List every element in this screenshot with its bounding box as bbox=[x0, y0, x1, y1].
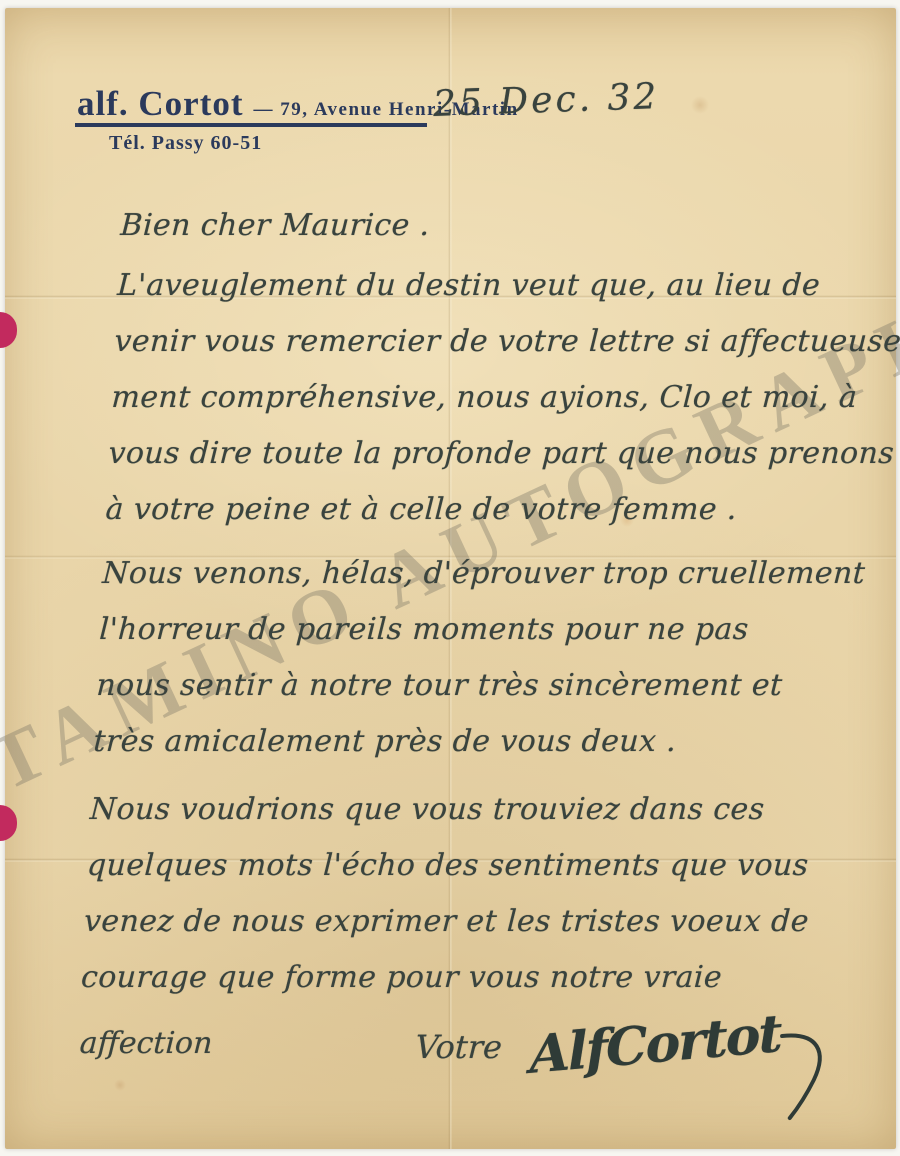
body-line: L'aveuglement du destin veut que, au lie… bbox=[115, 268, 891, 324]
valediction-word: Votre bbox=[415, 1028, 504, 1066]
closing-row: affection Votre AlfCortot bbox=[73, 1022, 852, 1142]
body-line: ment compréhensive, nous ayions, Clo et … bbox=[110, 380, 886, 436]
body-line: quelques mots l'écho des sentiments que … bbox=[85, 848, 861, 904]
archive-mark-upper bbox=[0, 312, 17, 348]
letterhead-underline bbox=[75, 123, 427, 127]
scanned-letter: TAMINO AUTOGRAPHS alf. Cortot — 79, Aven… bbox=[0, 0, 900, 1156]
body-line: l'horreur de pareils moments pour ne pas bbox=[97, 612, 873, 668]
body-line: venez de nous exprimer et les tristes vo… bbox=[82, 904, 858, 960]
greeting-line: Bien cher Maurice . bbox=[118, 208, 894, 268]
archive-mark-lower bbox=[0, 805, 17, 841]
body-line: venir vous remercier de votre lettre si … bbox=[112, 324, 888, 380]
letter-paper: TAMINO AUTOGRAPHS alf. Cortot — 79, Aven… bbox=[5, 8, 896, 1149]
body-line: vous dire toute la profonde part que nou… bbox=[107, 436, 883, 492]
closing-word: affection bbox=[79, 1026, 214, 1061]
signature-flourish-icon bbox=[773, 1028, 834, 1124]
body-line: nous sentir à notre tour très sincèremen… bbox=[94, 668, 870, 724]
letter-body: Bien cher Maurice . L'aveuglement du des… bbox=[73, 208, 895, 1142]
body-line: Nous voudrions que vous trouviez dans ce… bbox=[88, 792, 864, 848]
letterhead-name: alf. Cortot bbox=[77, 84, 244, 123]
body-line: à votre peine et à celle de votre femme … bbox=[104, 492, 880, 548]
body-line: Nous venons, hélas, d'éprouver trop crue… bbox=[100, 556, 876, 612]
handwritten-date: 25 Dec. 32 bbox=[432, 76, 660, 125]
body-line: très amicalement près de vous deux . bbox=[91, 724, 867, 780]
letterhead-phone: Tél. Passy 60-51 bbox=[109, 132, 262, 155]
